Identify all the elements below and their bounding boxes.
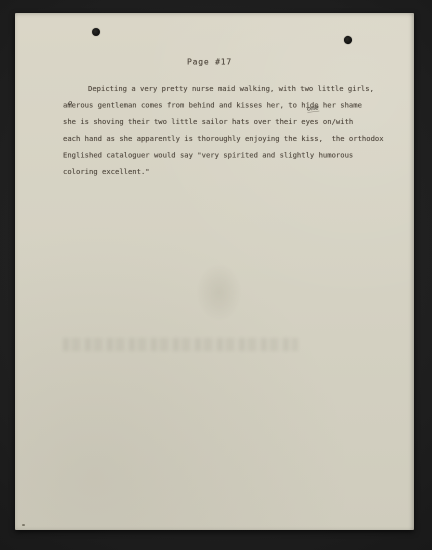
paragraph-line: Englished cataloguer would say "very spi… xyxy=(63,147,393,164)
paragraph-line: Depicting a very pretty nurse maid walki… xyxy=(63,81,393,98)
handwritten-correction-one: one xyxy=(307,104,320,112)
page-number-label: Page #17 xyxy=(187,57,232,67)
paper-page: Page #17 Depicting a very pretty nurse m… xyxy=(15,13,414,530)
handwritten-correction-o: o xyxy=(68,99,73,107)
scan-background: Page #17 Depicting a very pretty nurse m… xyxy=(0,0,432,550)
paragraph-line: she is shoving their two little sailor h… xyxy=(63,114,393,131)
paragraph-line: each hand as she apparently is thoroughl… xyxy=(63,131,393,148)
paragraph-line: coloring excellent." xyxy=(63,164,393,181)
ink-bleed-ghost-text xyxy=(63,338,298,351)
typed-paragraph: Depicting a very pretty nurse maid walki… xyxy=(63,81,393,181)
paper-speck xyxy=(22,524,25,526)
watermark xyxy=(190,255,248,330)
paragraph-line: amerous gentleman comes from behind and … xyxy=(63,98,393,115)
page-content: Page #17 Depicting a very pretty nurse m… xyxy=(15,13,414,530)
